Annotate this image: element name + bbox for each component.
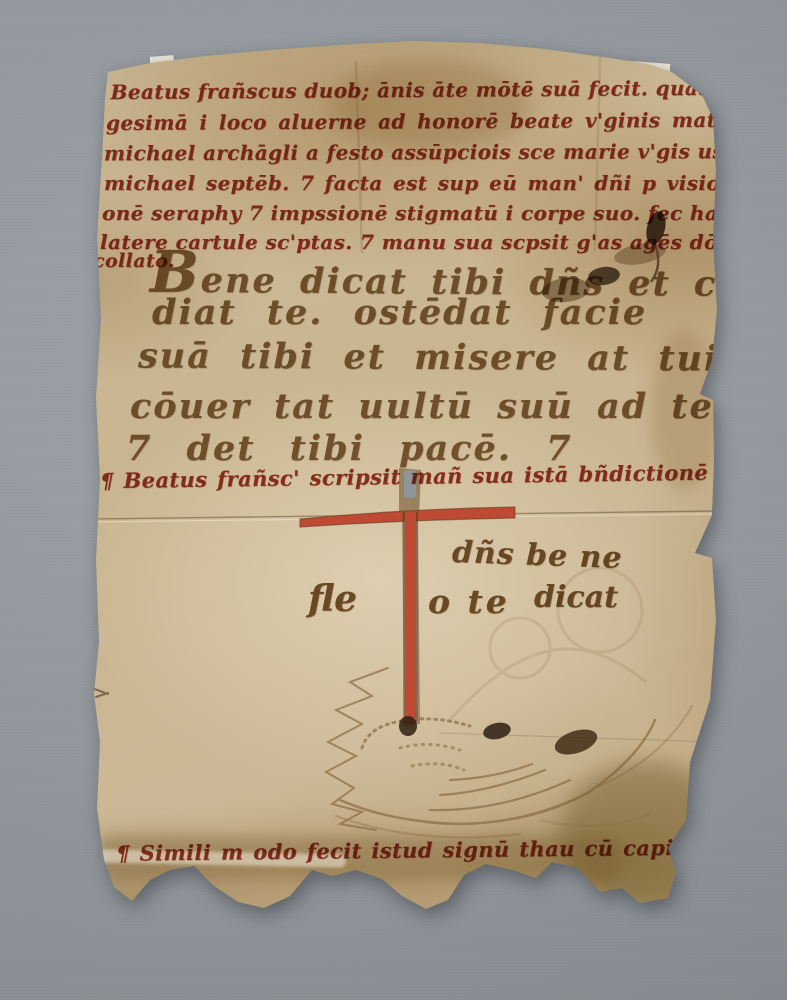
rubric-top-line-1: ¶ Beatus frañscus duob; ānis āte mōtē su… xyxy=(90,76,737,105)
tau-text-dns-bene: dñs be ne xyxy=(451,535,623,576)
tau-text-dicat: dicat xyxy=(534,580,618,615)
parchment-surface: ¶ Beatus frañscus duob; ānis āte mōtē su… xyxy=(0,0,787,1000)
tau-text-fle: fle xyxy=(308,578,357,620)
rubric-top-line-2: gesimā i loco aluerne ad honorē beate v'… xyxy=(106,107,787,135)
manuscript-photo: ¶ Beatus frañscus duob; ānis āte mōtē su… xyxy=(0,0,787,1000)
stain-top-center xyxy=(330,60,530,150)
blessing-line-3: suā tibi et misere at tui. xyxy=(138,335,734,379)
rubric-top-line-3: michael archāgli a festo assūpciois sce … xyxy=(104,139,787,166)
blessing-line-2: diat te. ostēdat facie xyxy=(152,292,647,333)
zigzag-left xyxy=(326,668,388,830)
tau-text-ote: o te xyxy=(428,582,510,621)
rubric-bottom-line: ¶ Simili m odo fecit istud signū thau cū… xyxy=(116,833,787,866)
rubric-top-line-5: onē seraphy 7 impssionē stigmatū i corpe… xyxy=(102,201,787,225)
head-drawing xyxy=(326,668,692,837)
blessing-line-4: cōuer tat uultū suū ad te xyxy=(130,386,714,427)
rubric-top-line-4: michael septēb. 7 facta est sup eū man' … xyxy=(104,171,787,195)
parchment-sheet: ¶ Beatus frañscus duob; ānis āte mōtē su… xyxy=(0,0,787,1000)
